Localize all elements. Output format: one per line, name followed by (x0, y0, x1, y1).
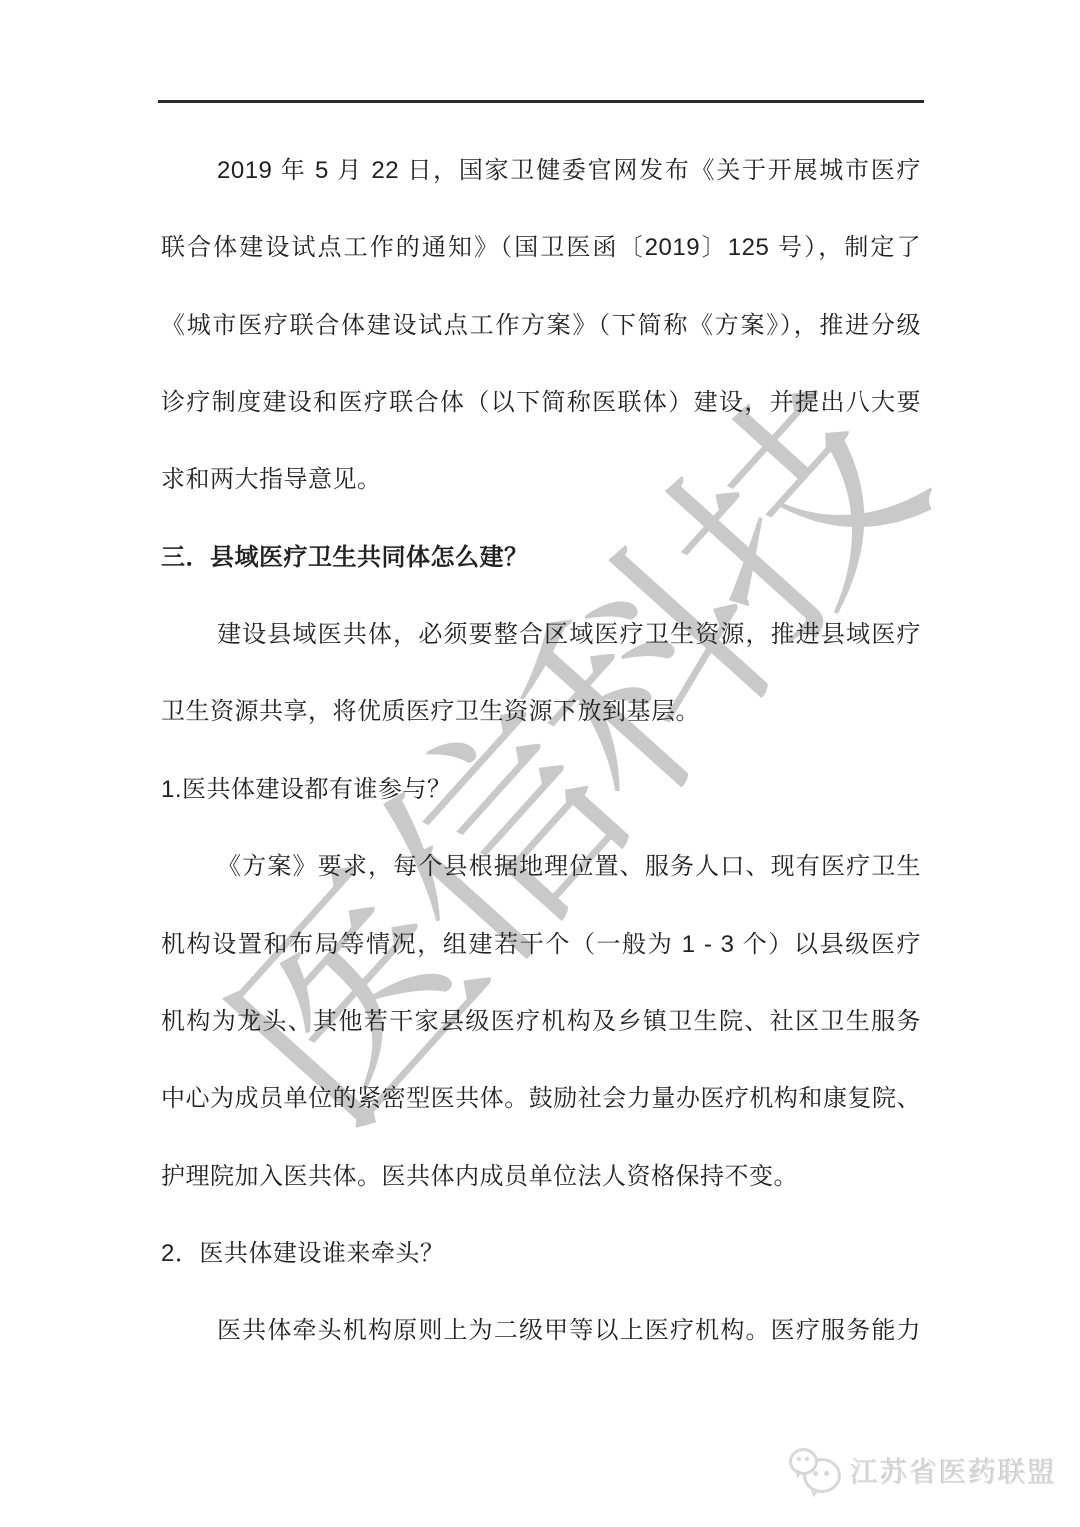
document-line-1: 联合体建设试点工作的通知》（国卫医函〔2019〕125 号），制定了 (161, 233, 921, 267)
top-divider-line (158, 100, 924, 103)
document-line-12: 中心为成员单位的紧密型医共体。鼓励社会力量办医疗机构和康复院、 (161, 1084, 921, 1118)
document-line-5: 三．县域医疗卫生共同体怎么建？ (161, 543, 921, 577)
document-line-0: 2019 年 5 月 22 日，国家卫健委官网发布《关于开展城市医疗 (161, 156, 921, 190)
wechat-eye (813, 1471, 818, 1476)
wechat-icon (789, 1448, 843, 1498)
document-line-7: 卫生资源共享，将优质医疗卫生资源下放到基层。 (161, 697, 921, 731)
document-line-13: 护理院加入医共体。医共体内成员单位法人资格保持不变。 (161, 1162, 921, 1196)
document-line-9: 《方案》要求，每个县根据地理位置、服务人口、现有医疗卫生 (161, 852, 921, 886)
wechat-eye (805, 1457, 809, 1461)
document-line-6: 建设县域医共体，必须要整合区域医疗卫生资源，推进县域医疗 (161, 620, 921, 654)
document-line-4: 求和两大指导意见。 (161, 465, 921, 499)
document-page: 医信科技 2019 年 5 月 22 日，国家卫健委官网发布《关于开展城市医疗联… (0, 0, 1080, 1527)
wechat-eye (797, 1457, 801, 1461)
footer-logo-text: 江苏省医药联盟 (850, 1446, 1057, 1500)
wechat-eye (824, 1471, 829, 1476)
document-line-10: 机构设置和布局等情况，组建若干个（一般为 1 - 3 个）以县级医疗 (161, 930, 921, 964)
footer-logo: 江苏省医药联盟 (789, 1446, 1057, 1500)
document-line-14: 2．医共体建设谁来牵头？ (161, 1239, 921, 1273)
document-line-15: 医共体牵头机构原则上为二级甲等以上医疗机构。医疗服务能力 (161, 1316, 921, 1350)
document-line-2: 《城市医疗联合体建设试点工作方案》（下简称《方案》），推进分级 (161, 311, 921, 345)
document-line-8: 1.医共体建设都有谁参与？ (161, 775, 921, 809)
document-body: 2019 年 5 月 22 日，国家卫健委官网发布《关于开展城市医疗联合体建设试… (0, 0, 1080, 1527)
document-line-11: 机构为龙头、其他若干家县级医疗机构及乡镇卫生院、社区卫生服务 (161, 1007, 921, 1041)
document-line-3: 诊疗制度建设和医疗联合体（以下简称医联体）建设，并提出八大要 (161, 388, 921, 422)
